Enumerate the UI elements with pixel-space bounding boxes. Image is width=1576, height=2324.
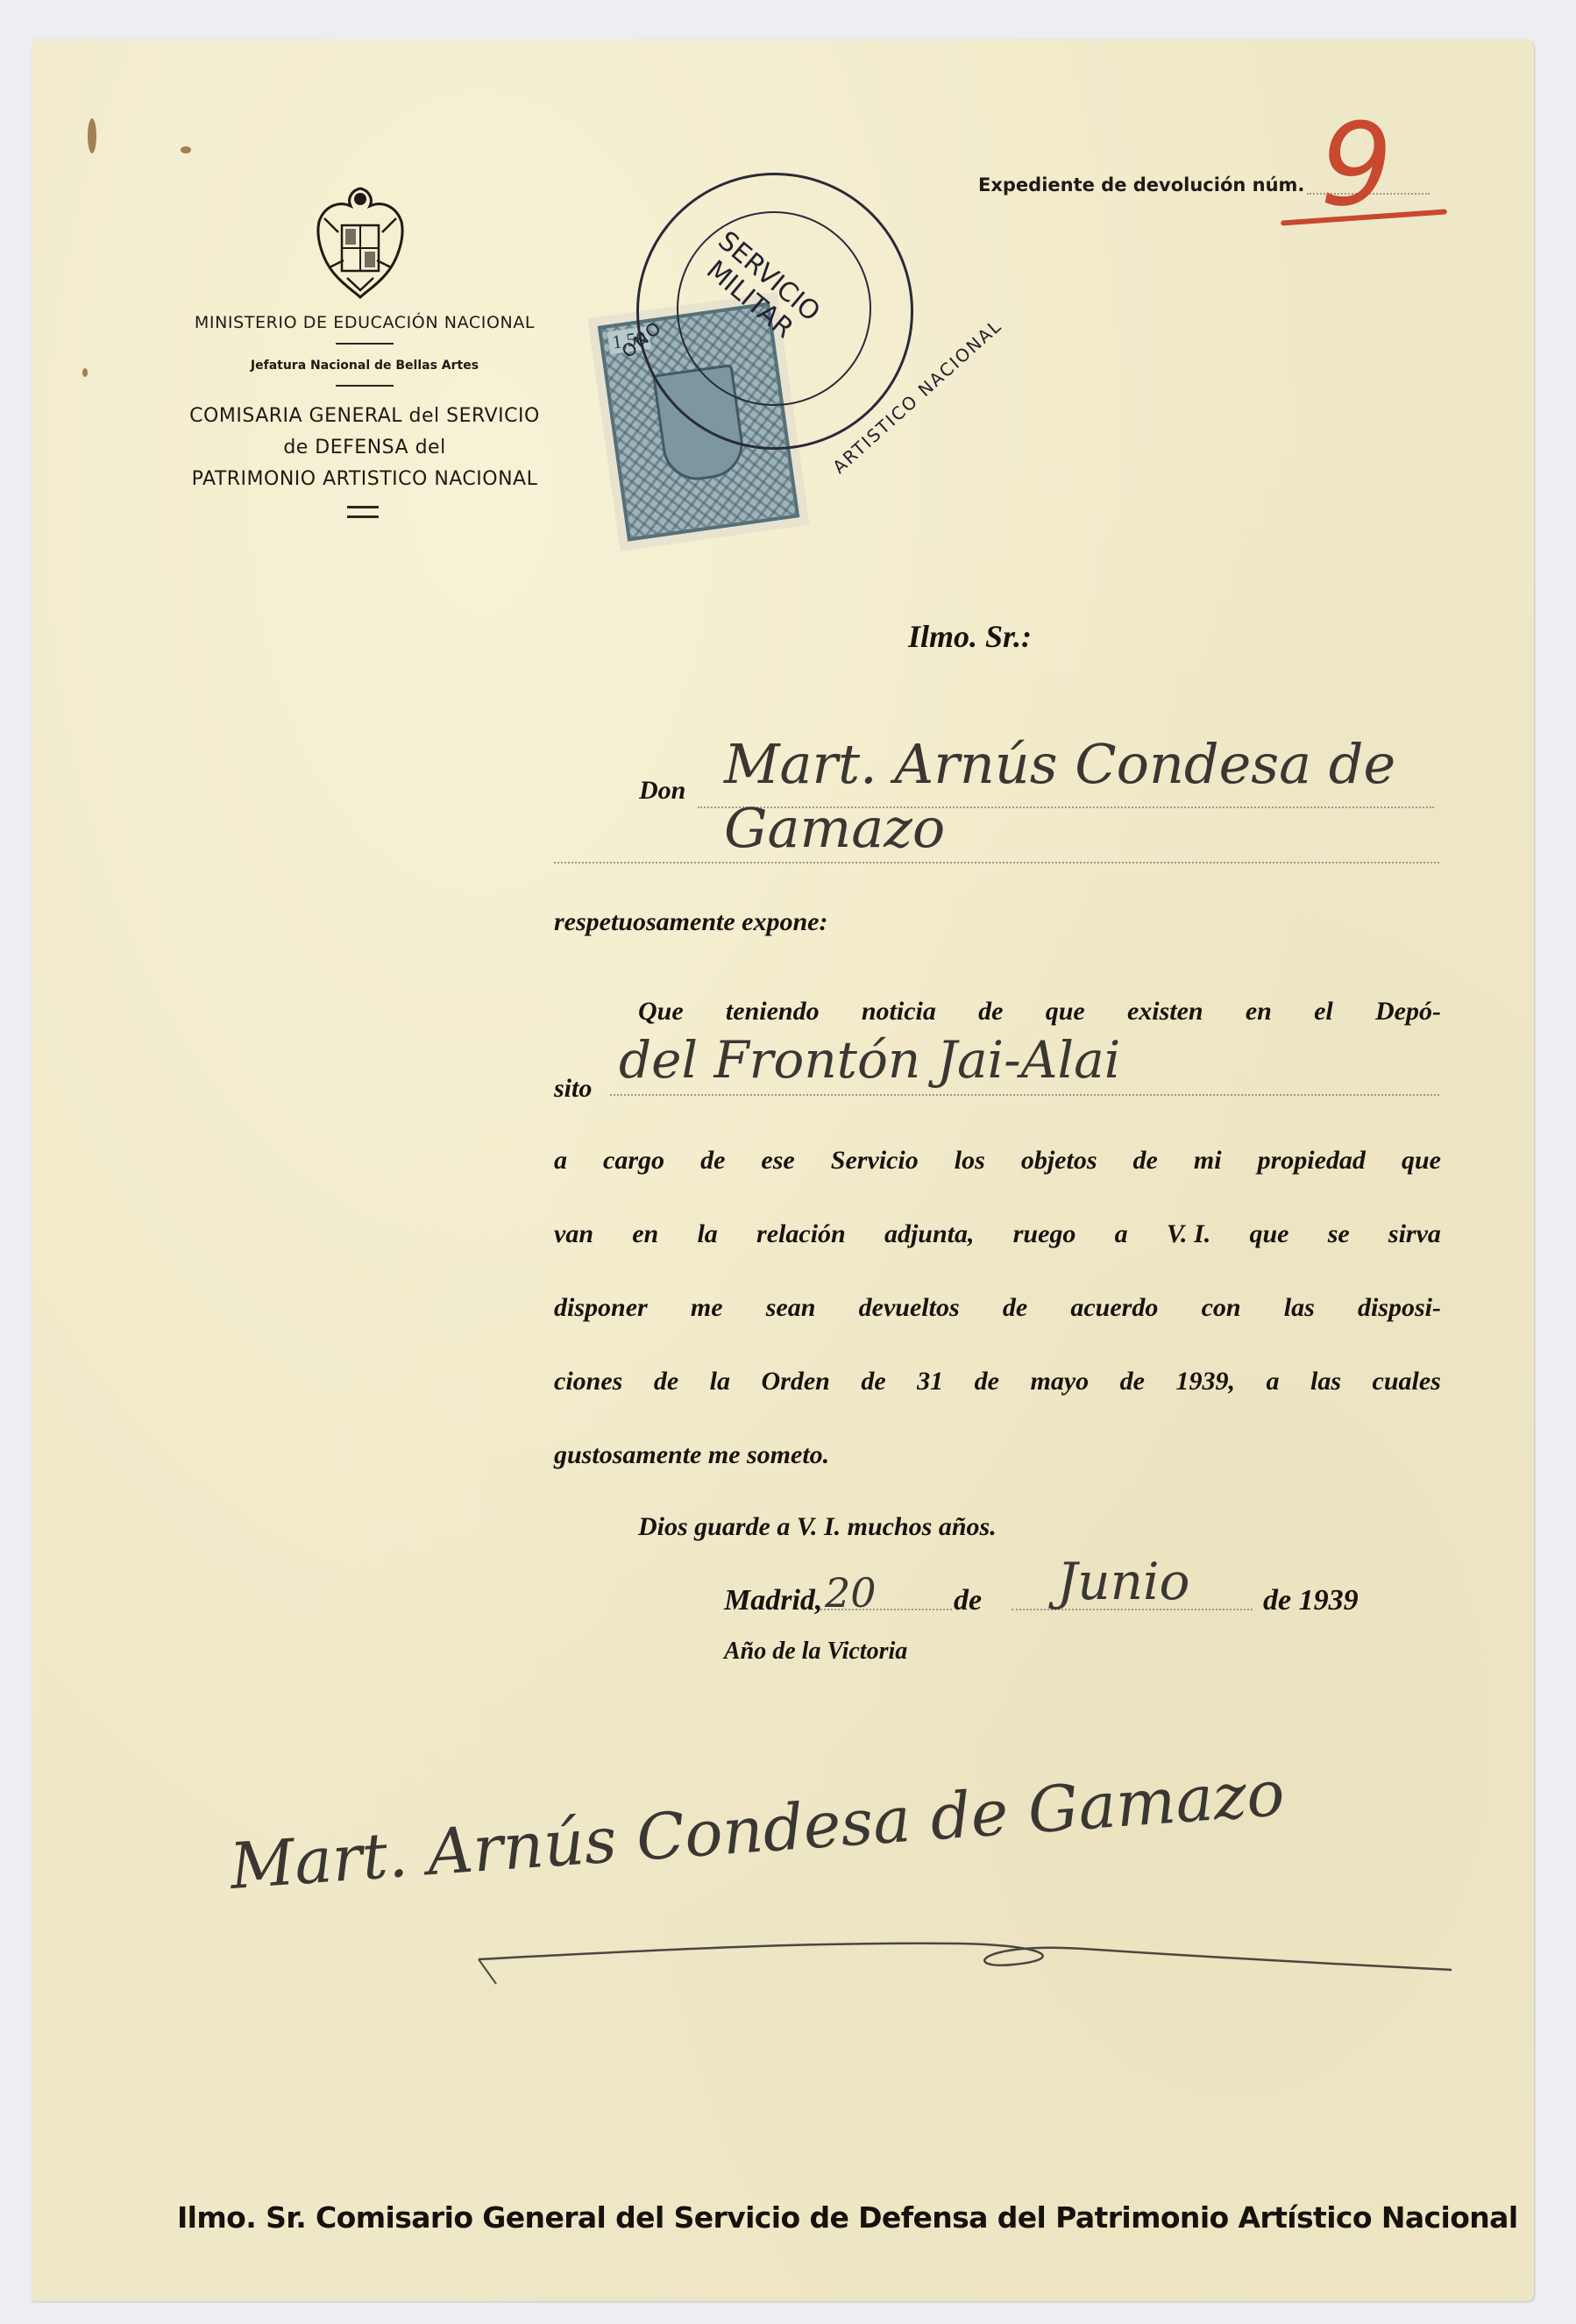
word: de [1003, 1293, 1027, 1323]
signature-flourish-icon [470, 1924, 1460, 1986]
word: existen [1127, 997, 1203, 1027]
word: disponer [554, 1293, 648, 1323]
word: de [1120, 1367, 1145, 1397]
word: acuerdo [1070, 1293, 1158, 1323]
body-line-6: ciones de la Orden de 31 de mayo de 1939… [554, 1367, 1441, 1397]
word: objetos [1021, 1146, 1097, 1176]
addressee-footer: Ilmo. Sr. Comisario General del Servicio… [177, 2200, 1518, 2235]
sito-label: sito [554, 1074, 592, 1104]
word: los [955, 1146, 985, 1176]
body-line-4: van en la relación adjunta, ruego a V. I… [554, 1219, 1441, 1249]
ministry-name: MINISTERIO DE EDUCACIÓN NACIONAL [119, 313, 610, 332]
coat-of-arms-icon [312, 180, 408, 302]
word: 31 [917, 1367, 943, 1397]
word: a [554, 1146, 567, 1176]
word: en [1246, 997, 1272, 1027]
word: que [1402, 1146, 1441, 1176]
word: que [1046, 997, 1085, 1027]
department-name: Jefatura Nacional de Bellas Artes [119, 359, 610, 373]
word: Servicio [831, 1146, 919, 1176]
word: V. I. [1167, 1219, 1210, 1249]
word: el [1314, 997, 1333, 1027]
body-line-3: a cargo de ese Servicio los objetos de m… [554, 1146, 1441, 1176]
word: a [1115, 1219, 1128, 1249]
year-label: de 1939 [1263, 1584, 1359, 1617]
petitioner-name-handwritten: Mart. Arnús Condesa de Gamazo [724, 732, 1534, 860]
rust-spot [88, 118, 96, 153]
word: adjunta, [884, 1219, 975, 1249]
word: con [1202, 1293, 1241, 1323]
divider [336, 385, 394, 387]
word: sirva [1388, 1219, 1441, 1249]
word: ese [761, 1146, 794, 1176]
word: me [691, 1293, 723, 1323]
word: propiedad [1258, 1146, 1366, 1176]
expone-label: respetuosamente expone: [554, 907, 827, 937]
rust-spot [181, 146, 191, 153]
month-handwritten: Junio [1057, 1552, 1189, 1611]
word: van [554, 1219, 593, 1249]
word: mi [1194, 1146, 1222, 1176]
word: sean [766, 1293, 816, 1323]
word: Que [638, 997, 684, 1027]
word: noticia [862, 997, 936, 1027]
word: relación [756, 1219, 846, 1249]
word: de [978, 997, 1003, 1027]
word: se [1328, 1219, 1350, 1249]
word: las [1310, 1367, 1341, 1397]
word: teniendo [726, 997, 820, 1027]
de-label: de [954, 1584, 982, 1617]
word: cuales [1373, 1367, 1441, 1397]
word: 1939, [1175, 1367, 1235, 1397]
file-number-label: Expediente de devolución núm. [978, 174, 1304, 195]
word: Depó- [1375, 997, 1441, 1027]
don-label: Don [639, 776, 685, 806]
body-line-1: Que teniendo noticia de que existen en e… [638, 997, 1441, 1027]
rust-spot [82, 368, 88, 377]
divider [336, 343, 394, 345]
double-rule [347, 506, 379, 518]
word: a [1266, 1367, 1279, 1397]
word: en [632, 1219, 658, 1249]
word: las [1284, 1293, 1315, 1323]
commission-line-3: PATRIMONIO ARTISTICO NACIONAL [119, 464, 610, 495]
word: de [1133, 1146, 1158, 1176]
word: disposi- [1358, 1293, 1441, 1323]
word: mayo [1031, 1367, 1090, 1397]
word: que [1249, 1219, 1288, 1249]
deposit-handwritten: del Frontón Jai-Alai [619, 1030, 1120, 1090]
file-number-value: 9 [1320, 108, 1393, 222]
word: de [654, 1367, 678, 1397]
signature-handwritten: Mart. Arnús Condesa de Gamazo [228, 1756, 1287, 1903]
year-motto: Año de la Victoria [724, 1638, 907, 1666]
day-handwritten: 20 [825, 1569, 877, 1617]
commission-line-1: COMISARIA GENERAL del SERVICIO [119, 401, 610, 432]
word: cargo [603, 1146, 664, 1176]
word: de [975, 1367, 999, 1397]
petitioner-field-line-2 [554, 862, 1439, 864]
closing-line: Dios guarde a V. I. muchos años. [638, 1512, 997, 1542]
word: la [710, 1367, 730, 1397]
word: de [700, 1146, 725, 1176]
deposit-field-line [610, 1094, 1439, 1096]
word: ruego [1013, 1219, 1076, 1249]
word: Orden [762, 1367, 830, 1397]
document-page: MINISTERIO DE EDUCACIÓN NACIONAL Jefatur… [32, 39, 1534, 2301]
word: la [697, 1219, 717, 1249]
body-line-5: disponer me sean devueltos de acuerdo co… [554, 1293, 1441, 1323]
word: ciones [554, 1367, 622, 1397]
salutation: Ilmo. Sr.: [908, 618, 1032, 655]
word: devueltos [859, 1293, 960, 1323]
commission-name: COMISARIA GENERAL del SERVICIO de DEFENS… [119, 401, 610, 495]
place-label: Madrid, [724, 1584, 822, 1617]
word: de [861, 1367, 885, 1397]
body-line-7: gustosamente me someto. [554, 1440, 829, 1470]
commission-line-2: de DEFENSA del [119, 432, 610, 464]
